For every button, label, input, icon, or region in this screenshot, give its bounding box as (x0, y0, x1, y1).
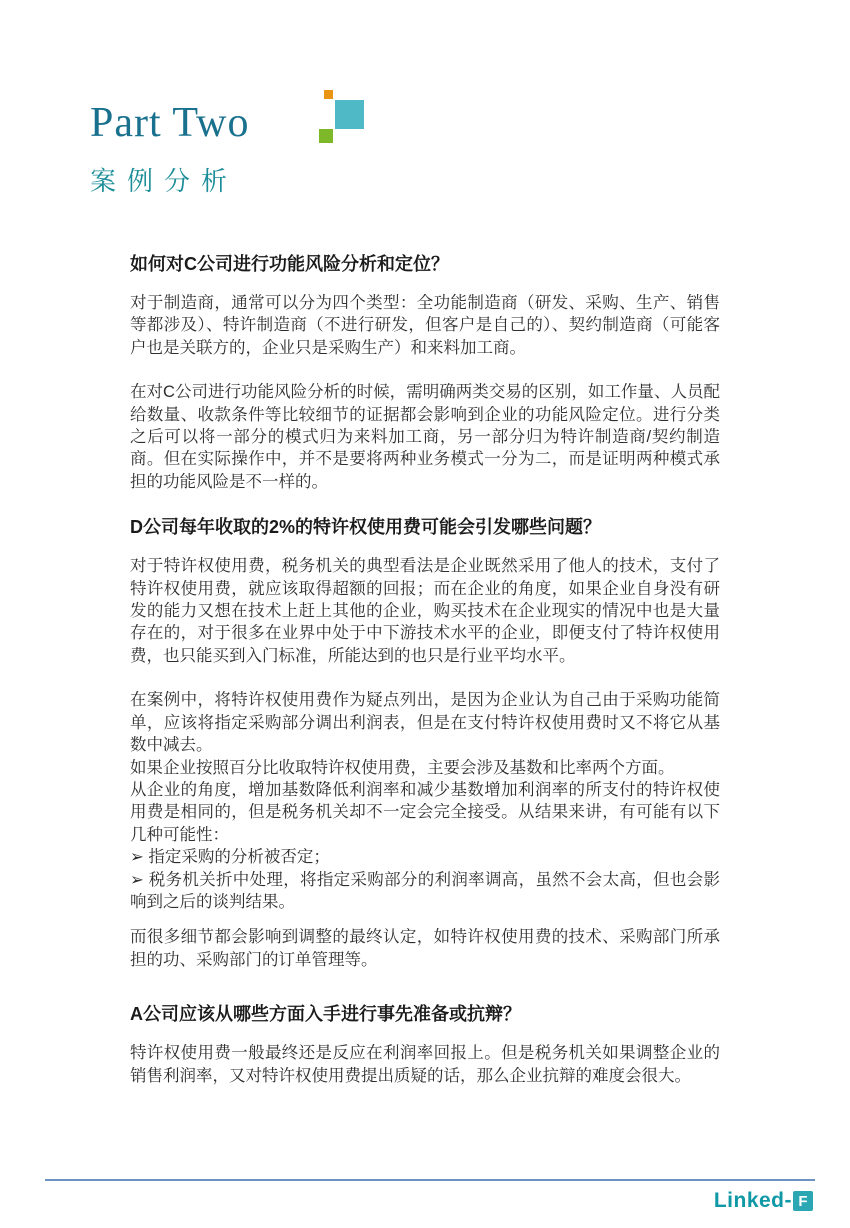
bullet-item-2: ➢ 税务机关折中处理，将指定采购部分的利润率调高，虽然不会太高，但也会影响到之后… (130, 869, 720, 914)
paragraph-q1-1: 对于制造商，通常可以分为四个类型：全功能制造商（研发、采购、生产、销售等都涉及）… (130, 292, 720, 359)
part-title: Part Two (90, 100, 249, 146)
brand-f-icon: F (793, 1191, 813, 1211)
bullet-item-1: ➢ 指定采购的分析被否定； (130, 846, 720, 868)
question-heading-1: 如何对C公司进行功能风险分析和定位？ (130, 252, 720, 276)
brand-text: Linked- (714, 1189, 792, 1213)
paragraph-q2-2b: 如果企业按照百分比收取特许权使用费，主要会涉及基数和比率两个方面。 (130, 757, 720, 779)
document-body: 如何对C公司进行功能风险分析和定位？ 对于制造商，通常可以分为四个类型：全功能制… (130, 252, 720, 1109)
squares-logo-icon (315, 88, 370, 148)
paragraph-q2-1: 对于特许权使用费，税务机关的典型看法是企业既然采用了他人的技术，支付了特许权使用… (130, 555, 720, 667)
question-heading-2: D公司每年收取的2%的特许权使用费可能会引发哪些问题？ (130, 515, 720, 539)
paragraph-q3-1: 特许权使用费一般最终还是反应在利润率回报上。但是税务机关如果调整企业的销售利润率… (130, 1042, 720, 1087)
logo-square-orange (324, 90, 333, 99)
brand-logo: Linked- F (714, 1189, 813, 1213)
paragraph-q2-2c: 从企业的角度，增加基数降低利润率和减少基数增加利润率的所支付的特许权使用费是相同… (130, 779, 720, 846)
section-subtitle: 案例分析 (90, 166, 238, 198)
paragraph-q1-2: 在对C公司进行功能风险分析的时候，需明确两类交易的区别，如工作量、人员配给数量、… (130, 381, 720, 493)
question-heading-3: A公司应该从哪些方面入手进行事先准备或抗辩？ (130, 1002, 720, 1026)
paragraph-q2-3: 而很多细节都会影响到调整的最终认定，如特许权使用费的技术、采购部门所承担的功、采… (130, 926, 720, 971)
logo-square-teal (335, 100, 364, 129)
logo-square-green (319, 129, 333, 143)
paragraph-q2-2a: 在案例中，将特许权使用费作为疑点列出，是因为企业认为自己由于采购功能简单，应该将… (130, 689, 720, 756)
footer-divider (45, 1179, 815, 1181)
document-page: Part Two 案例分析 如何对C公司进行功能风险分析和定位？ 对于制造商，通… (0, 0, 850, 1228)
paragraph-q2-2: 在案例中，将特许权使用费作为疑点列出，是因为企业认为自己由于采购功能简单，应该将… (130, 689, 720, 913)
